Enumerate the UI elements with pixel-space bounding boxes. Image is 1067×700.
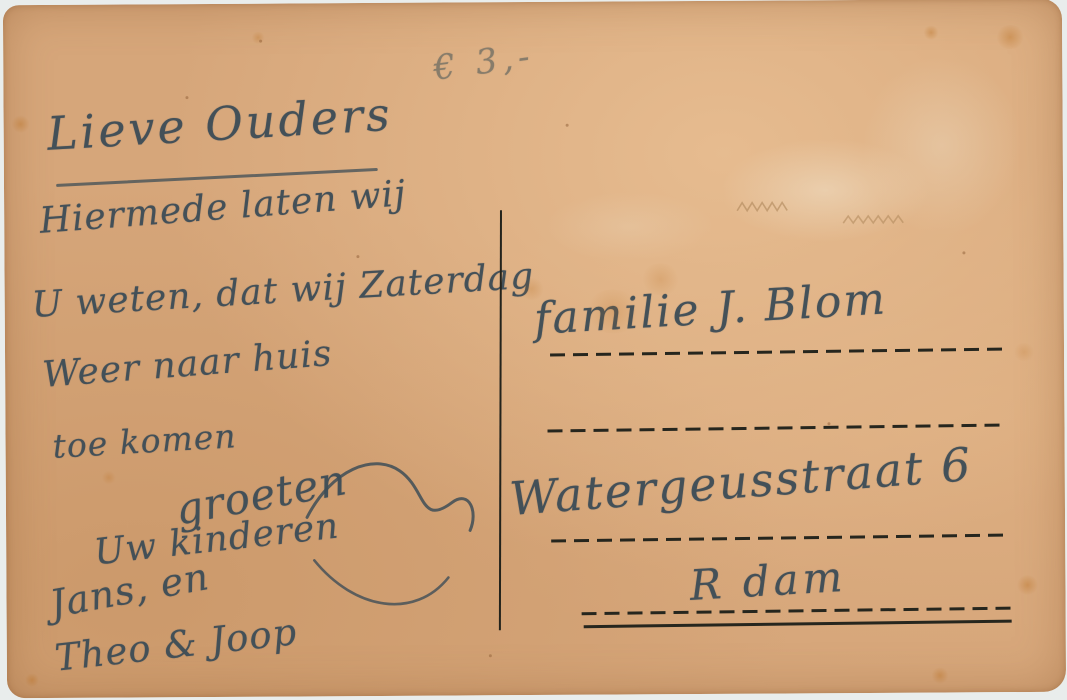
signature-flourish — [306, 547, 466, 628]
signature-names-line2: Theo & Joop — [53, 610, 299, 680]
stain-spot — [251, 32, 265, 44]
stain-spot — [640, 263, 680, 295]
scanned-postcard-back: € 3,- Lieve Ouders Hiermede laten wij U … — [0, 0, 1067, 700]
stamp-perforation-trace — [736, 196, 790, 216]
message-line: toe komen — [51, 416, 237, 466]
stain-spot — [519, 278, 545, 300]
paper-speck — [827, 422, 830, 425]
paper-speck — [97, 307, 100, 310]
postcard: € 3,- Lieve Ouders Hiermede laten wij U … — [3, 0, 1066, 698]
message-line: U weten, dat wij Zaterdag — [31, 256, 536, 326]
message-line: Weer naar huis — [41, 333, 334, 396]
stamp-perforation-trace — [842, 210, 904, 230]
stain-spot — [25, 673, 39, 687]
stain-spot — [931, 667, 949, 683]
paper-speck — [566, 124, 569, 127]
address-rule-dotted — [551, 534, 1009, 543]
address-rule-dotted — [550, 348, 1008, 357]
paper-speck — [489, 654, 492, 657]
stain-spot — [102, 471, 116, 485]
stamp-ghost — [861, 55, 1022, 236]
stain-spot — [12, 115, 30, 133]
address-rule-dotted — [582, 607, 1012, 616]
address-city: R dam — [688, 552, 847, 610]
paper-speck — [356, 255, 359, 258]
message-salutation: Lieve Ouders — [46, 87, 394, 161]
address-rule-solid — [584, 620, 1012, 629]
divider-line — [499, 210, 502, 630]
stain-spot — [1013, 343, 1035, 361]
price-annotation: € 3,- — [431, 36, 537, 89]
stain-spot — [1016, 575, 1038, 595]
stain-spot — [995, 25, 1025, 49]
paper-speck — [259, 40, 262, 43]
stain-spot — [585, 289, 641, 333]
address-rule-dotted — [547, 424, 1006, 433]
stain-spot — [923, 26, 939, 40]
paper-texture-patch — [544, 191, 714, 262]
paper-speck — [185, 96, 188, 99]
paper-speck — [962, 251, 965, 254]
address-street: Watergeusstraat 6 — [508, 437, 974, 526]
